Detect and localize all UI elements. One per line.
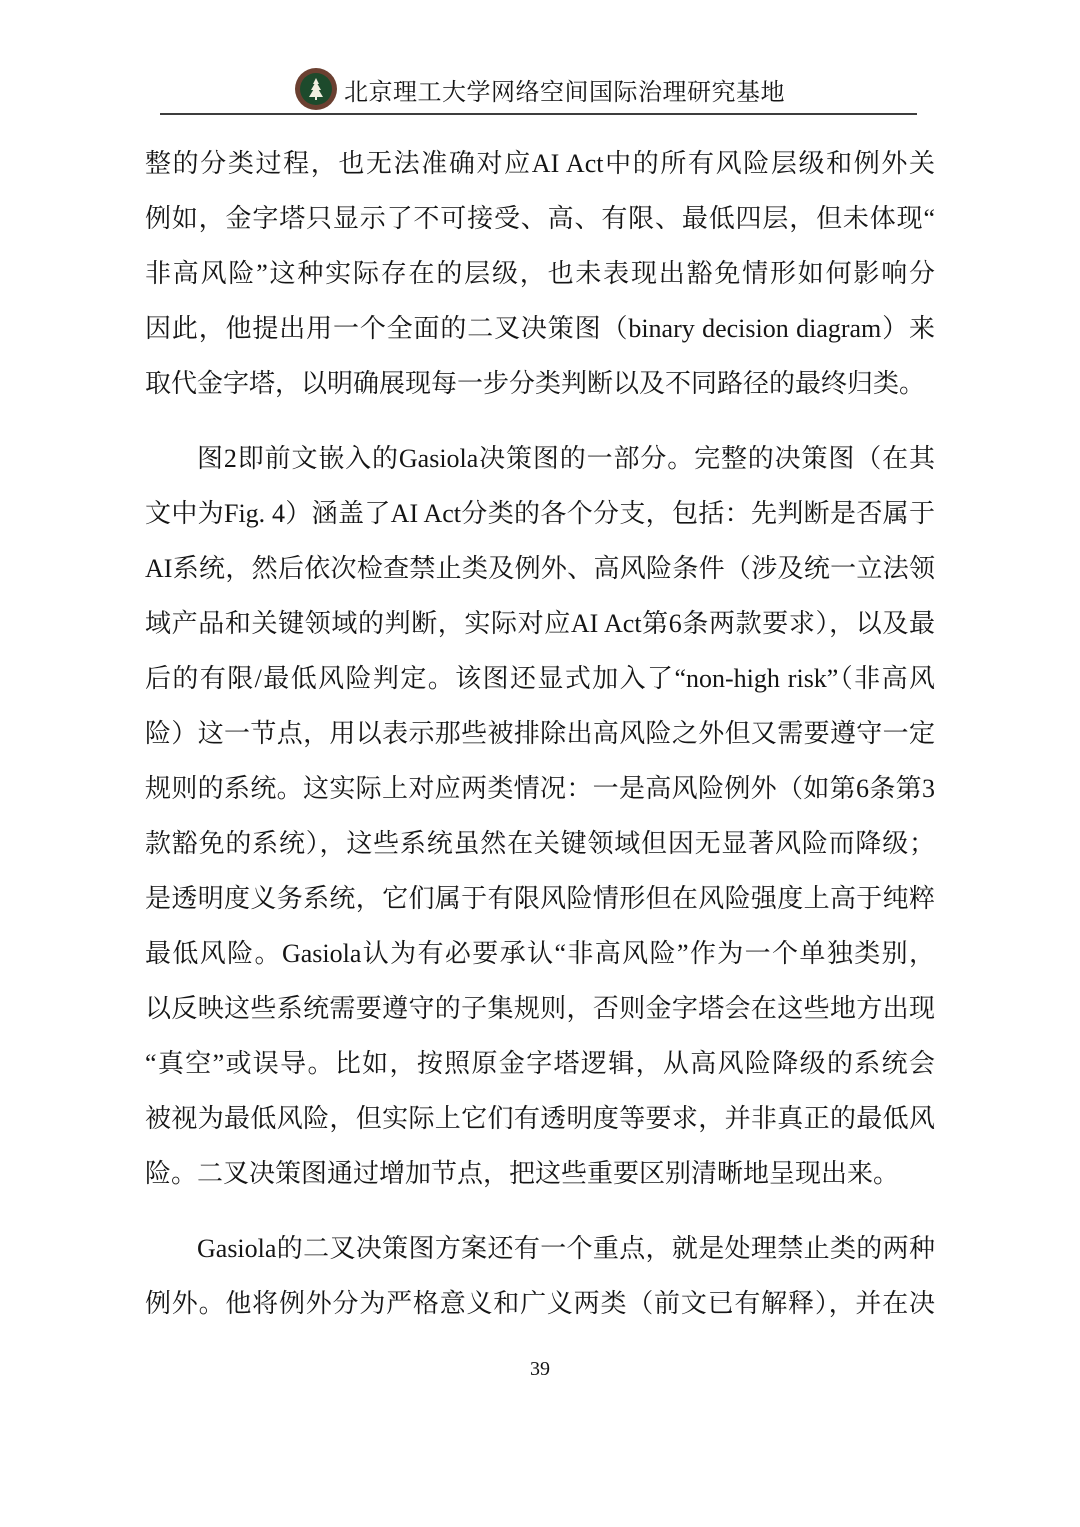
university-emblem-icon <box>295 68 337 110</box>
page-header: 北京理工大学网络空间国际治理研究基地 <box>0 68 1080 110</box>
text-line: 最低风险。Gasiola认为有必要承认“非高风险”作为一个单独类别， <box>145 926 935 981</box>
text-line: 非高风险”这种实际存在的层级，也未表现出豁免情形如何影响分类。 <box>145 246 935 301</box>
text-line: AI系统，然后依次检查禁止类及例外、高风险条件（涉及统一立法领 <box>145 541 935 596</box>
header-divider <box>160 113 917 115</box>
header-title: 北京理工大学网络空间国际治理研究基地 <box>344 72 785 107</box>
text-line: “真空”或误导。比如，按照原金字塔逻辑，从高风险降级的系统会 <box>145 1036 935 1091</box>
text-line: 例外。他将例外分为严格意义和广义两类（前文已有解释），并在决策 <box>145 1276 935 1331</box>
tree-glyph <box>306 77 326 101</box>
text-line: 险）这一节点，用以表示那些被排除出高风险之外但又需要遵守一定 <box>145 706 935 761</box>
text-line: 款豁免的系统），这些系统虽然在关键领域但因无显著风险而降级；二 <box>145 816 935 871</box>
paragraph: 整的分类过程，也无法准确对应AI Act中的所有风险层级和例外关系。例如，金字塔… <box>145 136 935 411</box>
text-line: 例如，金字塔只显示了不可接受、高、有限、最低四层，但未体现“ <box>145 191 935 246</box>
text-line: 规则的系统。这实际上对应两类情况：一是高风险例外（如第6条第3 <box>145 761 935 816</box>
text-line: 域产品和关键领域的判断，实际对应AI Act第6条两款要求），以及最 <box>145 596 935 651</box>
text-line: 是透明度义务系统，它们属于有限风险情形但在风险强度上高于纯粹 <box>145 871 935 926</box>
text-line: 整的分类过程，也无法准确对应AI Act中的所有风险层级和例外关系。 <box>145 136 935 191</box>
text-line: 后的有限/最低风险判定。该图还显式加入了“non-high risk”（非高风 <box>145 651 935 706</box>
text-line: 以反映这些系统需要遵守的子集规则，否则金字塔会在这些地方出现 <box>145 981 935 1036</box>
text-line: 因此，他提出用一个全面的二叉决策图（binary decision diagra… <box>145 301 935 356</box>
text-line: 取代金字塔，以明确展现每一步分类判断以及不同路径的最终归类。 <box>145 356 935 411</box>
text-line: Gasiola的二叉决策图方案还有一个重点，就是处理禁止类的两种 <box>145 1221 935 1276</box>
paragraph: Gasiola的二叉决策图方案还有一个重点，就是处理禁止类的两种例外。他将例外分… <box>145 1221 935 1331</box>
paragraph: 图2即前文嵌入的Gasiola决策图的一部分。完整的决策图（在其论文中为Fig.… <box>145 431 935 1201</box>
text-line: 险。二叉决策图通过增加节点，把这些重要区别清晰地呈现出来。 <box>145 1146 935 1201</box>
text-line: 被视为最低风险，但实际上它们有透明度等要求，并非真正的最低风 <box>145 1091 935 1146</box>
text-line: 文中为Fig. 4）涵盖了AI Act分类的各个分支，包括：先判断是否属于 <box>145 486 935 541</box>
text-line: 图2即前文嵌入的Gasiola决策图的一部分。完整的决策图（在其论 <box>145 431 935 486</box>
page-number: 39 <box>0 1358 1080 1381</box>
document-page: 北京理工大学网络空间国际治理研究基地 整的分类过程，也无法准确对应AI Act中… <box>0 0 1080 1527</box>
document-body: 整的分类过程，也无法准确对应AI Act中的所有风险层级和例外关系。例如，金字塔… <box>145 136 935 1331</box>
